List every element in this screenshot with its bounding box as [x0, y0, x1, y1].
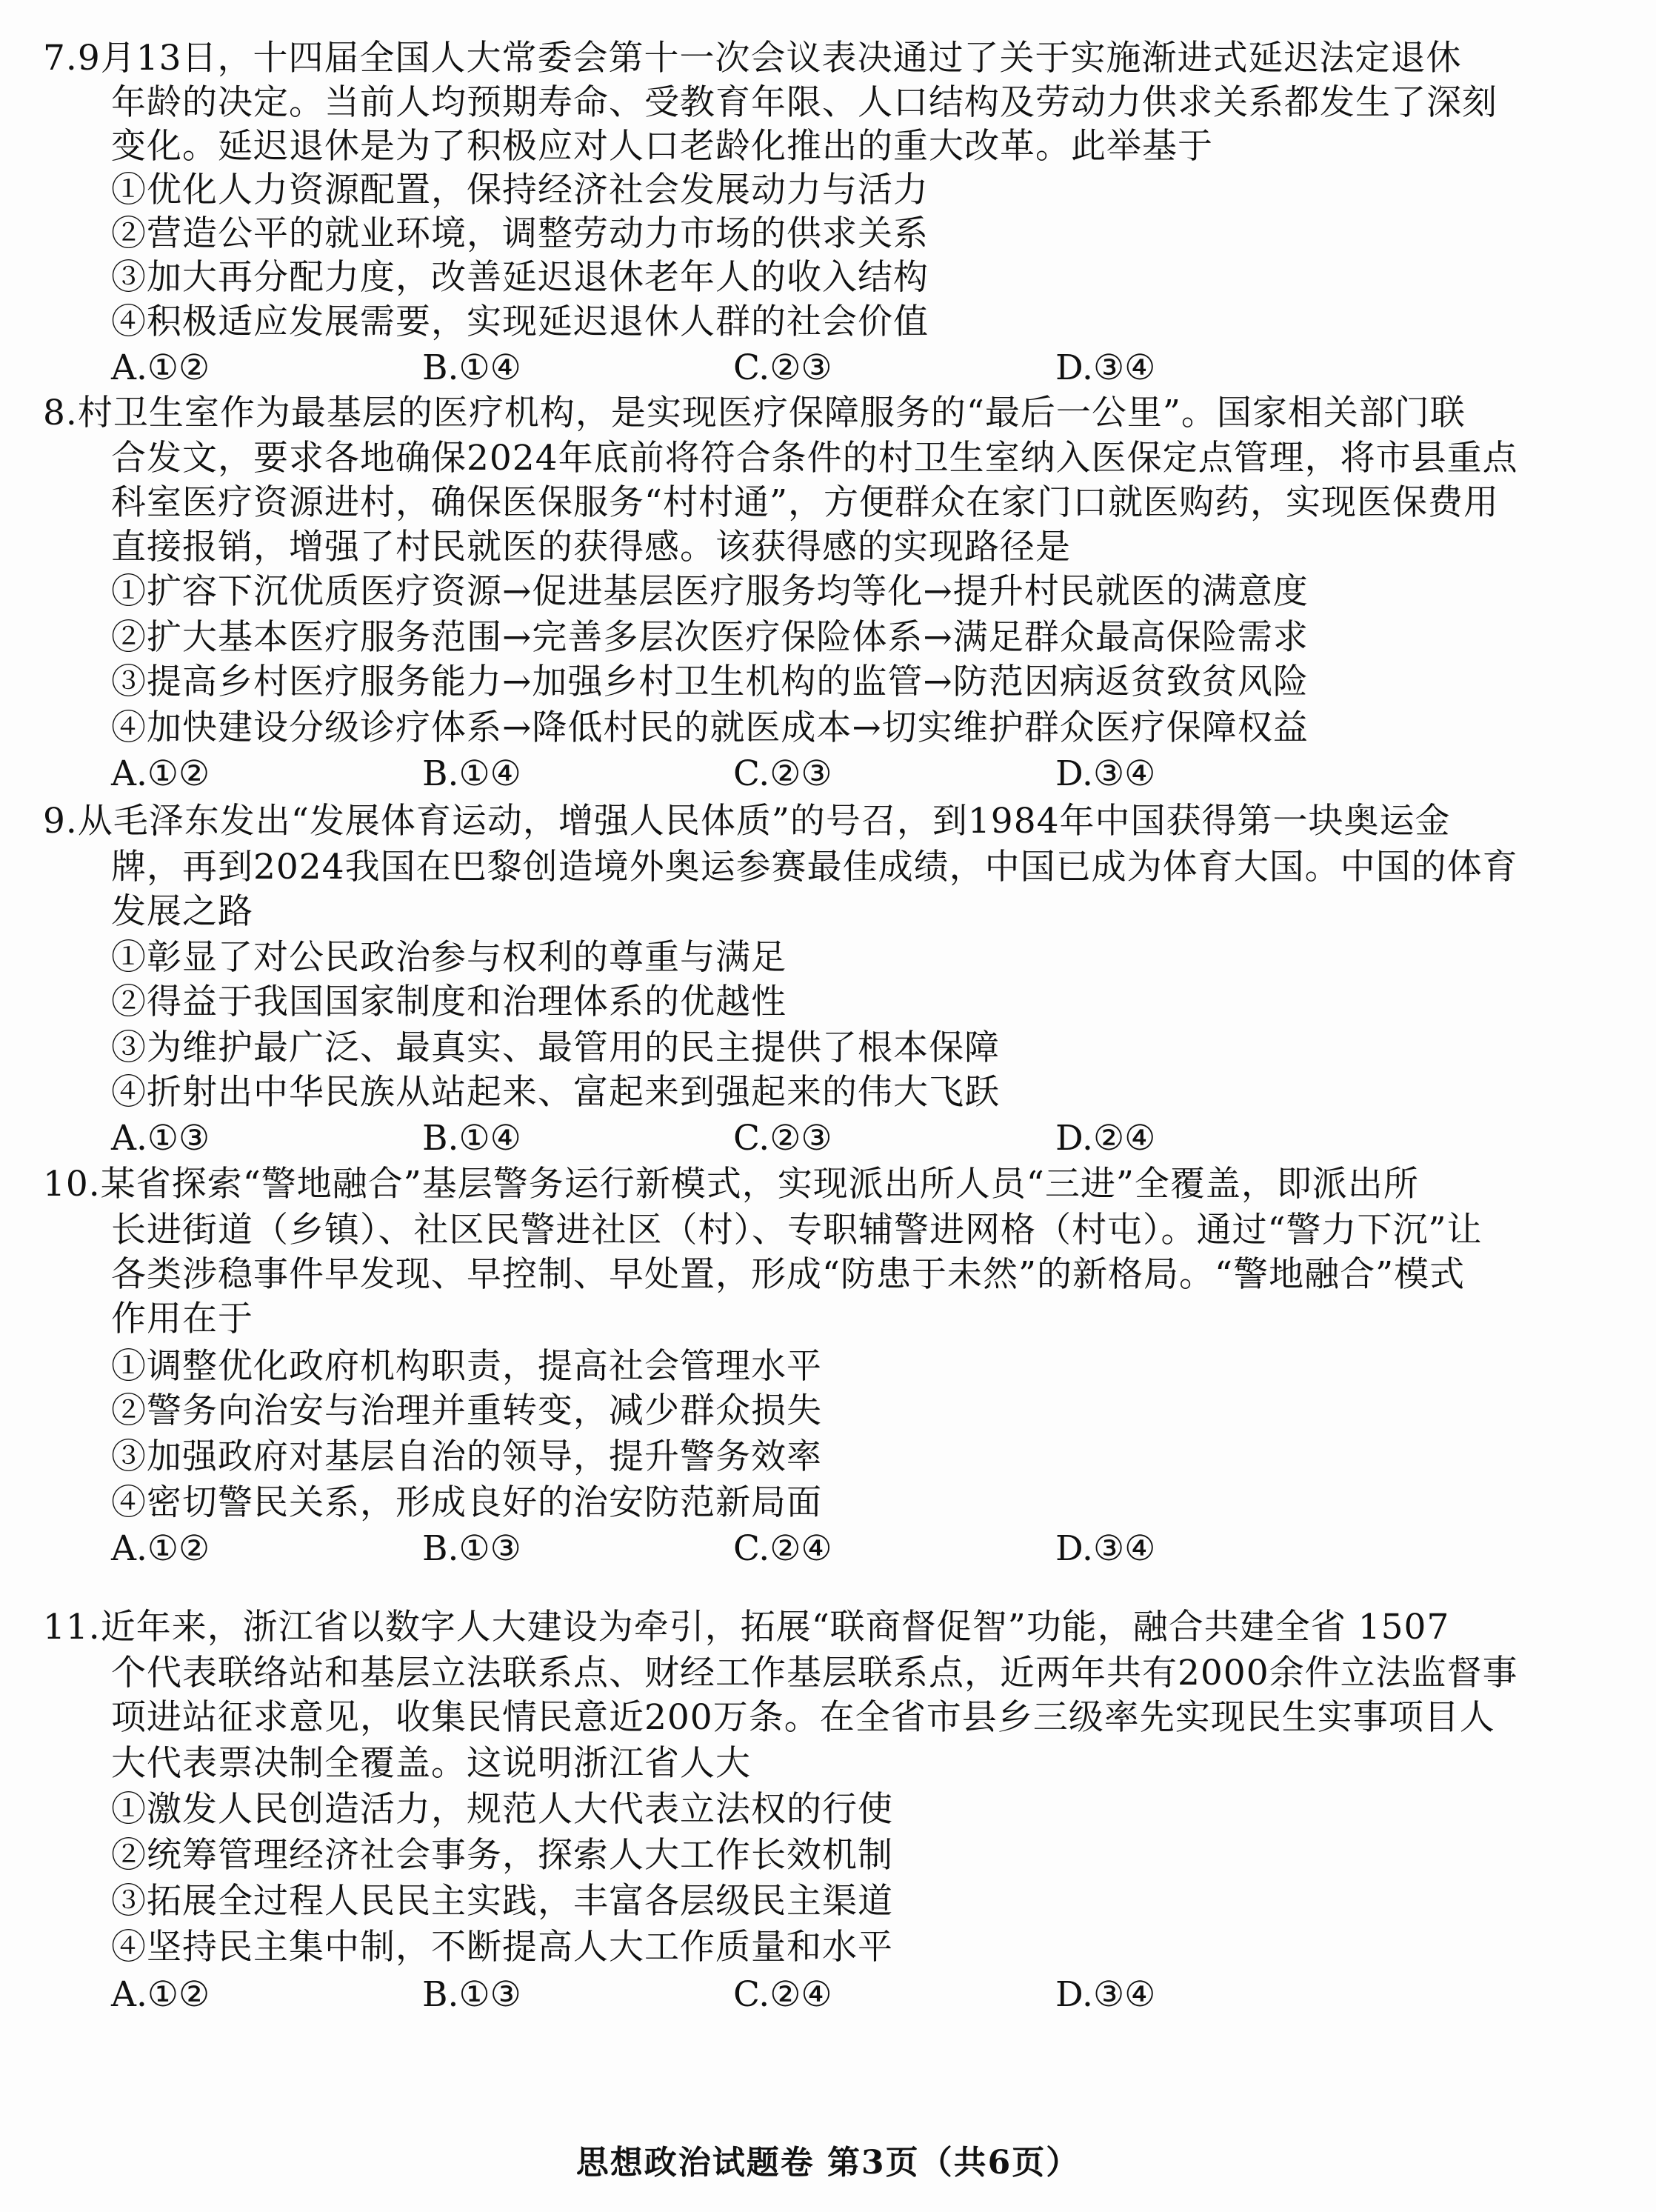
- question-stem-line: 合发文，要求各地确保2024年底前将符合条件的村卫生室纳入医保定点管理，将市县重…: [111, 436, 1518, 482]
- question-number: 10.: [43, 1162, 101, 1207]
- option-statement-3: ③为维护最广泛、最真实、最管用的民主提供了根本保障: [111, 1025, 1000, 1071]
- exam-page: 7.9月13日，十四届全国人大常委会第十一次会议表决通过了关于实施渐进式延迟法定…: [0, 0, 1656, 2212]
- page-footer: 思想政治试题卷 第3页（共6页）: [0, 2141, 1656, 2185]
- answer-choice-d[interactable]: D.③④: [1055, 751, 1155, 797]
- question-stem-line: 变化。延迟退休是为了积极应对人口老龄化推出的重大改革。此举基于: [111, 124, 1213, 170]
- question-stem-line: 各类涉稳事件早发现、早控制、早处置，形成“防患于未然”的新格局。“警地融合”模式: [111, 1252, 1465, 1298]
- option-statement-4: ④密切警民关系，形成良好的治安防范新局面: [111, 1480, 822, 1526]
- question-stem-line: 牌，再到2024我国在巴黎创造境外奥运参赛最佳成绩，中国已成为体育大国。中国的体…: [111, 845, 1518, 890]
- question-stem-line: 7.9月13日，十四届全国人大常委会第十一次会议表决通过了关于实施渐进式延迟法定…: [43, 36, 1462, 81]
- answer-choice-d[interactable]: D.③④: [1055, 345, 1155, 391]
- option-statement-3: ③拓展全过程人民民主实践，丰富各层级民主渠道: [111, 1879, 893, 1925]
- option-statement-4: ④加快建设分级诊疗体系→降低村民的就医成本→切实维护群众医疗保障权益: [111, 705, 1309, 751]
- question-number: 9.: [43, 799, 78, 845]
- question-stem-line: 10.某省探索“警地融合”基层警务运行新模式，实现派出所人员“三进”全覆盖，即派…: [43, 1162, 1419, 1207]
- option-statement-3: ③加强政府对基层自治的领导，提升警务效率: [111, 1434, 822, 1480]
- option-statement-1: ①优化人力资源配置，保持经济社会发展动力与活力: [111, 167, 929, 213]
- option-statement-2: ②得益于我国国家制度和治理体系的优越性: [111, 979, 787, 1025]
- question-stem-line: 年龄的决定。当前人均预期寿命、受教育年限、人口结构及劳动力供求关系都发生了深刻: [111, 80, 1498, 126]
- answer-choice-a[interactable]: A.①②: [111, 345, 210, 391]
- answer-choices: A.①③ B.①④ C.②③ D.②④: [111, 1116, 1518, 1162]
- answer-choices: A.①② B.①④ C.②③ D.③④: [111, 345, 1518, 391]
- option-statement-1: ①扩容下沉优质医疗资源→促进基层医疗服务均等化→提升村民就医的满意度: [111, 569, 1309, 615]
- question-stem-line: 大代表票决制全覆盖。这说明浙江省人大: [111, 1741, 751, 1787]
- question-stem-line: 8.村卫生室作为最基层的医疗机构，是实现医疗保障服务的“最后一公里”。国家相关部…: [43, 390, 1466, 436]
- option-statement-2: ②统筹管理经济社会事务，探索人大工作长效机制: [111, 1833, 893, 1879]
- answer-choice-d[interactable]: D.③④: [1055, 1972, 1155, 2018]
- option-statement-2: ②营造公平的就业环境，调整劳动力市场的供求关系: [111, 211, 929, 257]
- answer-choice-b[interactable]: B.①④: [422, 751, 521, 797]
- option-statement-1: ①调整优化政府机构职责，提高社会管理水平: [111, 1344, 822, 1390]
- answer-choices: A.①② B.①③ C.②④ D.③④: [111, 1526, 1518, 1572]
- answer-choices: A.①② B.①④ C.②③ D.③④: [111, 751, 1518, 797]
- option-statement-4: ④折射出中华民族从站起来、富起来到强起来的伟大飞跃: [111, 1070, 1000, 1116]
- answer-choice-d[interactable]: D.②④: [1055, 1116, 1155, 1162]
- option-statement-4: ④坚持民主集中制，不断提高人大工作质量和水平: [111, 1925, 893, 1971]
- answer-choice-b[interactable]: B.①③: [422, 1526, 521, 1572]
- question-stem-line: 11.近年来，浙江省以数字人大建设为牵引，拓展“联商督促智”功能，融合共建全省 …: [43, 1605, 1449, 1650]
- answer-choice-c[interactable]: C.②④: [733, 1972, 832, 2018]
- answer-choice-a[interactable]: A.①②: [111, 751, 210, 797]
- question-stem-line: 发展之路: [111, 889, 253, 935]
- option-statement-3: ③加大再分配力度，改善延迟退休老年人的收入结构: [111, 255, 929, 301]
- option-statement-4: ④积极适应发展需要，实现延迟退休人群的社会价值: [111, 299, 929, 345]
- question-stem-line: 长进街道（乡镇）、社区民警进社区（村）、专职辅警进网格（村屯）。通过“警力下沉”…: [111, 1207, 1483, 1253]
- answer-choice-b[interactable]: B.①③: [422, 1972, 521, 2018]
- option-statement-2: ②警务向治安与治理并重转变，减少群众损失: [111, 1388, 822, 1434]
- question-stem-line: 9.从毛泽东发出“发展体育运动，增强人民体质”的号召，到1984年中国获得第一块…: [43, 799, 1451, 845]
- answer-choice-c[interactable]: C.②③: [733, 1116, 832, 1162]
- answer-choice-a[interactable]: A.①③: [111, 1116, 210, 1162]
- answer-choice-a[interactable]: A.①②: [111, 1526, 210, 1572]
- answer-choice-b[interactable]: B.①④: [422, 345, 521, 391]
- answer-choice-a[interactable]: A.①②: [111, 1972, 210, 2018]
- answer-choice-b[interactable]: B.①④: [422, 1116, 521, 1162]
- question-number: 7.: [43, 36, 78, 81]
- question-stem-line: 项进站征求意见，收集民情民意近200万条。在全省市县乡三级率先实现民生实事项目人: [111, 1695, 1495, 1741]
- option-statement-1: ①彰显了对公民政治参与权利的尊重与满足: [111, 935, 787, 981]
- answer-choice-d[interactable]: D.③④: [1055, 1526, 1155, 1572]
- option-statement-1: ①激发人民创造活力，规范人大代表立法权的行使: [111, 1787, 893, 1833]
- option-statement-2: ②扩大基本医疗服务范围→完善多层次医疗保险体系→满足群众最高保险需求: [111, 615, 1309, 661]
- answer-choice-c[interactable]: C.②③: [733, 751, 832, 797]
- answer-choices: A.①② B.①③ C.②④ D.③④: [111, 1972, 1518, 2018]
- question-stem-line: 个代表联络站和基层立法联系点、财经工作基层联系点，近两年共有2000余件立法监督…: [111, 1650, 1518, 1696]
- answer-choice-c[interactable]: C.②④: [733, 1526, 832, 1572]
- question-stem-line: 作用在于: [111, 1296, 253, 1342]
- question-stem-line: 科室医疗资源进村，确保医保服务“村村通”，方便群众在家门口就医购药，实现医保费用: [111, 480, 1499, 526]
- question-stem-line: 直接报销，增强了村民就医的获得感。该获得感的实现路径是: [111, 524, 1071, 570]
- question-number: 8.: [43, 390, 78, 436]
- answer-choice-c[interactable]: C.②③: [733, 345, 832, 391]
- option-statement-3: ③提高乡村医疗服务能力→加强乡村卫生机构的监管→防范因病返贫致贫风险: [111, 659, 1309, 705]
- question-number: 11.: [43, 1605, 101, 1650]
